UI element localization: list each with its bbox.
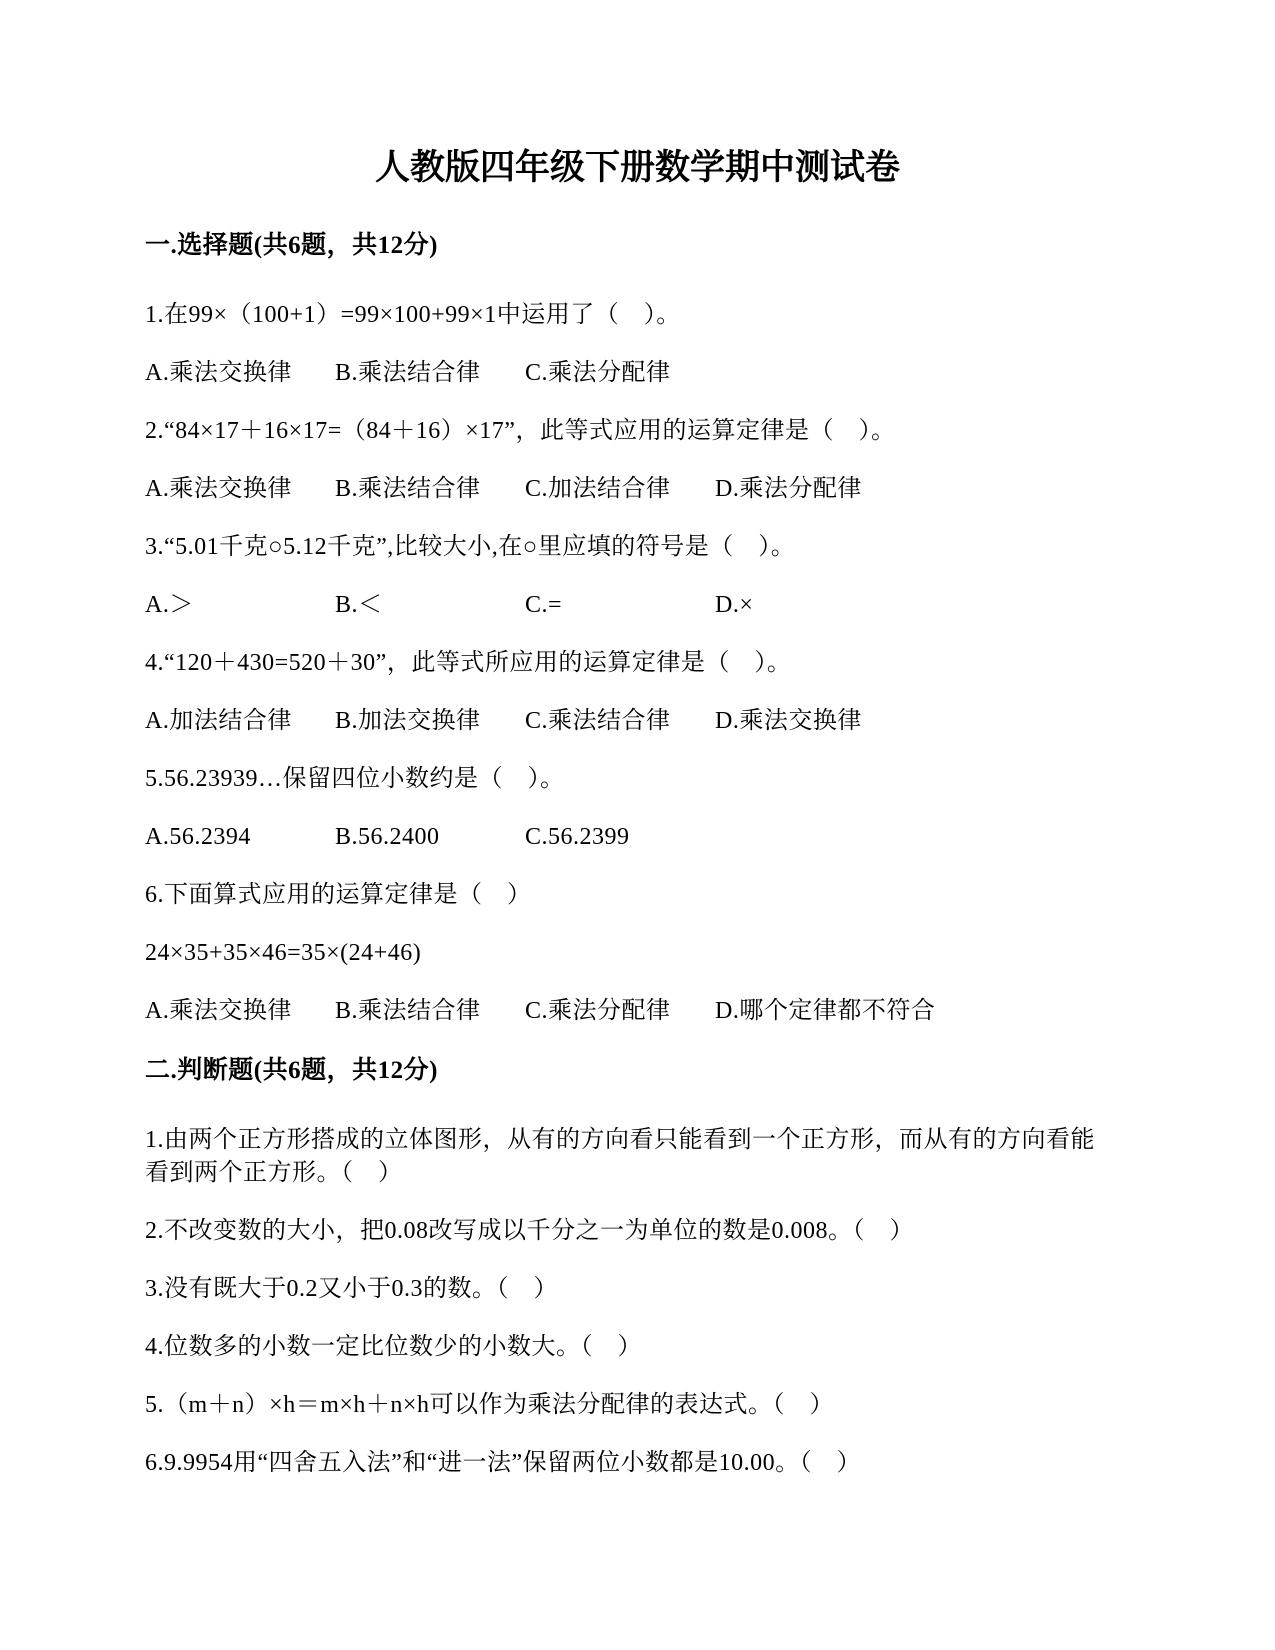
option: C.56.2399 — [525, 821, 630, 854]
question-text: 1.在99×（100+1）=99×100+99×1中运用了（ ）。 — [145, 299, 1107, 332]
option: A.加法结合律 — [145, 705, 315, 738]
options-row: A.乘法交换律B.乘法结合律C.乘法分配律D.哪个定律都不符合 — [145, 995, 1107, 1028]
question-text: 4.位数多的小数一定比位数少的小数大。（ ） — [145, 1331, 1107, 1364]
question-text: 2.“84×17＋16×17=（84＋16）×17”，此等式应用的运算定律是（ … — [145, 415, 1107, 448]
question-text: 24×35+35×46=35×(24+46) — [145, 937, 1107, 970]
option: A.乘法交换律 — [145, 995, 315, 1028]
option: C.乘法分配律 — [525, 995, 695, 1028]
option: A.乘法交换律 — [145, 473, 315, 506]
options-row: A.＞B.＜C.=D.× — [145, 589, 1107, 622]
options-row: A.乘法交换律B.乘法结合律C.加法结合律D.乘法分配律 — [145, 473, 1107, 506]
question-text: 3.“5.01千克○5.12千克”,比较大小,在○里应填的符号是（ ）。 — [145, 531, 1107, 564]
option: C.乘法结合律 — [525, 705, 695, 738]
option: C.= — [525, 589, 695, 622]
option: D.乘法交换律 — [715, 705, 862, 738]
document-title: 人教版四年级下册数学期中测试卷 — [145, 146, 1130, 190]
option: D.× — [715, 589, 753, 622]
question-text: 5.56.23939…保留四位小数约是（ ）。 — [145, 763, 1107, 796]
option: B.56.2400 — [335, 821, 505, 854]
option: A.乘法交换律 — [145, 357, 315, 390]
section-heading: 二.判断题(共6题，共12分) — [145, 1056, 1130, 1086]
question-text: 6.9.9954用“四舍五入法”和“进一法”保留两位小数都是10.00。（ ） — [145, 1447, 1107, 1480]
option: B.乘法结合律 — [335, 473, 505, 506]
option: A.＞ — [145, 589, 315, 622]
option: D.哪个定律都不符合 — [715, 995, 935, 1028]
question-text: 1.由两个正方形搭成的立体图形，从有的方向看只能看到一个正方形，而从有的方向看能… — [145, 1124, 1107, 1190]
option: D.乘法分配律 — [715, 473, 862, 506]
option: C.乘法分配律 — [525, 357, 671, 390]
question-text: 6.下面算式应用的运算定律是（ ） — [145, 879, 1107, 912]
option: A.56.2394 — [145, 821, 315, 854]
question-text: 4.“120＋430=520＋30”，此等式所应用的运算定律是（ ）。 — [145, 647, 1107, 680]
section-heading: 一.选择题(共6题，共12分) — [145, 231, 1130, 261]
options-row: A.加法结合律B.加法交换律C.乘法结合律D.乘法交换律 — [145, 705, 1107, 738]
options-row: A.乘法交换律B.乘法结合律C.乘法分配律 — [145, 357, 1107, 390]
document-page: 人教版四年级下册数学期中测试卷 一.选择题(共6题，共12分)1.在99×（10… — [0, 0, 1275, 1650]
question-text: 2.不改变数的大小，把0.08改写成以千分之一为单位的数是0.008。（ ） — [145, 1215, 1107, 1248]
option: B.＜ — [335, 589, 505, 622]
option: B.乘法结合律 — [335, 357, 505, 390]
option: B.加法交换律 — [335, 705, 505, 738]
document-body: 一.选择题(共6题，共12分)1.在99×（100+1）=99×100+99×1… — [145, 231, 1130, 1480]
question-text: 3.没有既大于0.2又小于0.3的数。（ ） — [145, 1273, 1107, 1306]
option: C.加法结合律 — [525, 473, 695, 506]
options-row: A.56.2394B.56.2400C.56.2399 — [145, 821, 1107, 854]
option: B.乘法结合律 — [335, 995, 505, 1028]
question-text: 5.（m＋n）×h＝m×h＋n×h可以作为乘法分配律的表达式。（ ） — [145, 1389, 1107, 1422]
